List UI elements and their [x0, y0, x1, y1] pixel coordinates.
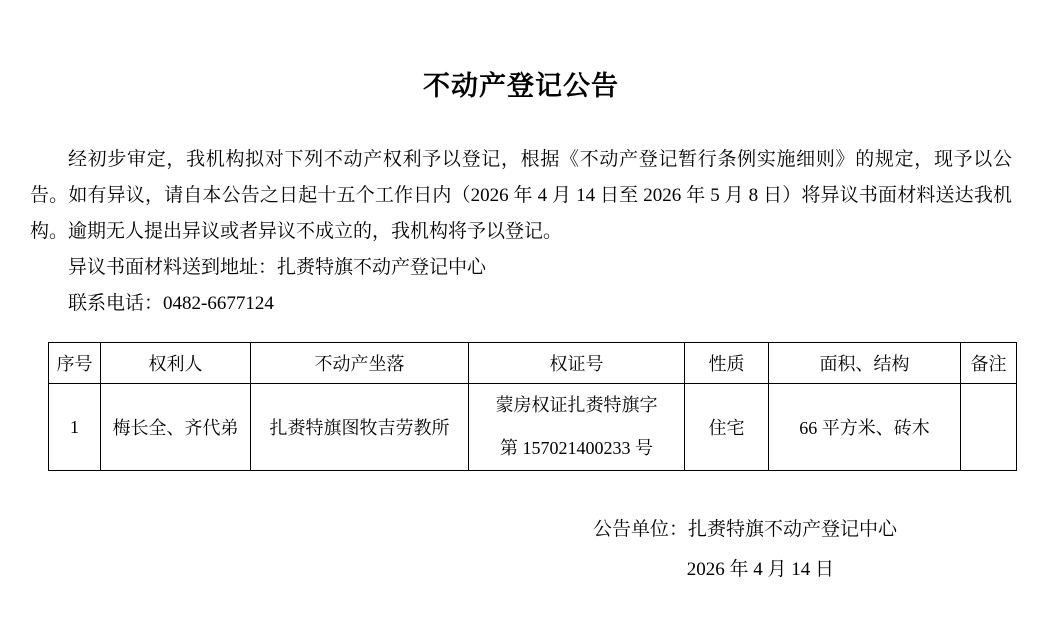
objection-address-line: 异议书面材料送到地址：扎赉特旗不动产登记中心: [30, 250, 1012, 286]
header-location: 不动产坐落: [251, 343, 469, 384]
cert-no-line1: 蒙房权证扎赉特旗字: [471, 384, 682, 427]
table-header-row: 序号 权利人 不动产坐落 权证号 性质 面积、结构 备注: [49, 343, 1017, 384]
header-remark: 备注: [961, 343, 1017, 384]
contact-phone-line: 联系电话：0482-6677124: [30, 286, 1012, 322]
document-page: 不动产登记公告 经初步审定，我机构拟对下列不动产权利予以登记，根据《不动产登记暂…: [0, 0, 1042, 628]
cert-no-line2: 第 157021400233 号: [471, 427, 682, 470]
cell-remark: [961, 384, 1017, 471]
header-seq: 序号: [49, 343, 101, 384]
notice-body: 经初步审定，我机构拟对下列不动产权利予以登记，根据《不动产登记暂行条例实施细则》…: [30, 142, 1012, 322]
cell-nature: 住宅: [685, 384, 769, 471]
notice-footer: 公告单位：扎赉特旗不动产登记中心 2026 年 4 月 14 日: [30, 515, 1012, 585]
header-holder: 权利人: [101, 343, 251, 384]
cell-holder: 梅长全、齐代弟: [101, 384, 251, 471]
header-cert-no: 权证号: [469, 343, 685, 384]
cell-cert-no: 蒙房权证扎赉特旗字 第 157021400233 号: [469, 384, 685, 471]
page-title: 不动产登记公告: [30, 70, 1012, 102]
registration-table: 序号 权利人 不动产坐落 权证号 性质 面积、结构 备注 1 梅长全、齐代弟 扎…: [48, 342, 1017, 471]
header-nature: 性质: [685, 343, 769, 384]
cell-location: 扎赉特旗图牧吉劳教所: [251, 384, 469, 471]
header-area-structure: 面积、结构: [769, 343, 961, 384]
cell-area-structure: 66 平方米、砖木: [769, 384, 961, 471]
cell-seq: 1: [49, 384, 101, 471]
announcement-date-line: 2026 年 4 月 14 日: [30, 555, 834, 585]
announcing-unit-line: 公告单位：扎赉特旗不动产登记中心: [30, 515, 897, 545]
notice-paragraph: 经初步审定，我机构拟对下列不动产权利予以登记，根据《不动产登记暂行条例实施细则》…: [30, 142, 1012, 250]
table-row: 1 梅长全、齐代弟 扎赉特旗图牧吉劳教所 蒙房权证扎赉特旗字 第 1570214…: [49, 384, 1017, 471]
